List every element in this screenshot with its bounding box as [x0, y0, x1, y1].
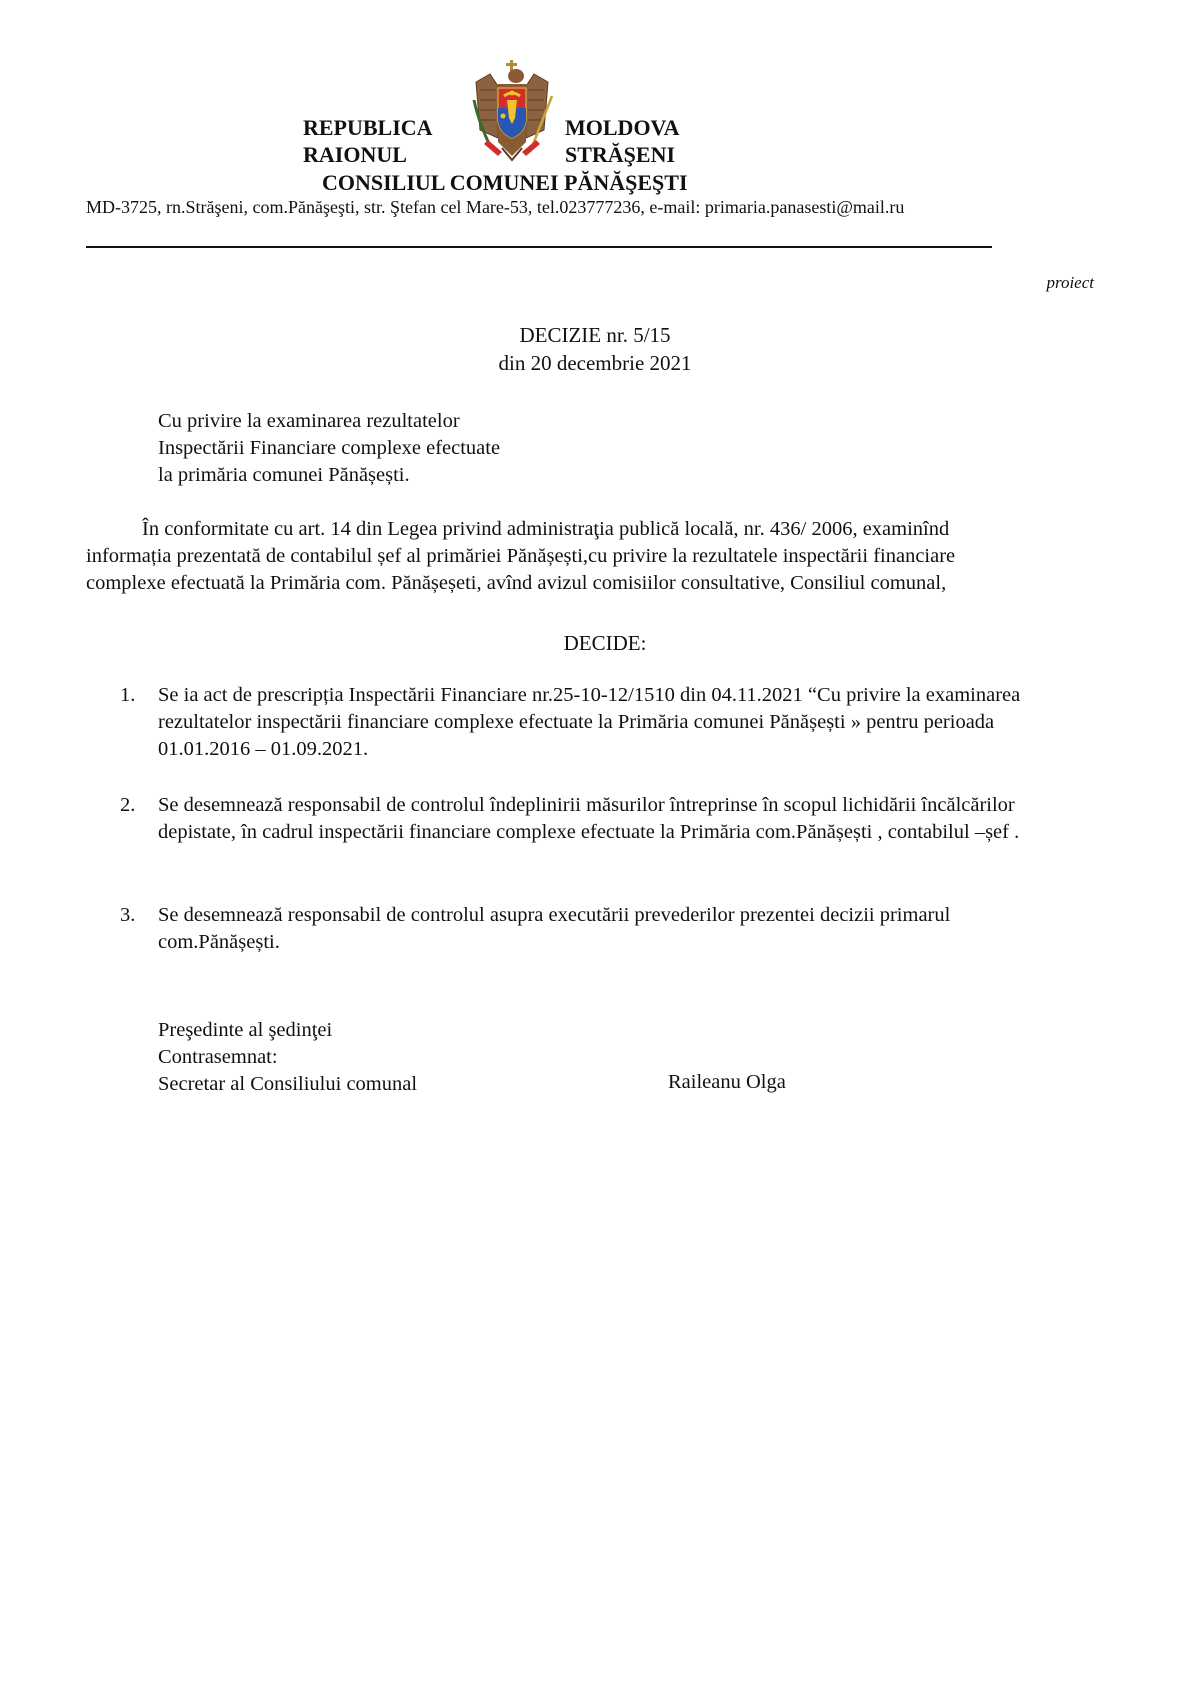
subject-line: Cu privire la examinarea rezultatelor — [158, 408, 500, 435]
subject-line: Inspectării Financiare complexe efectuat… — [158, 435, 500, 462]
item-number: 1. — [120, 682, 135, 709]
decision-item: 2. Se desemnează responsabil de controlu… — [120, 792, 1060, 846]
signature-line: Contrasemnat: — [158, 1044, 417, 1071]
signature-line: Secretar al Consiliului comunal — [158, 1071, 417, 1098]
secretary-name: Raileanu Olga — [668, 1071, 786, 1094]
header-divider — [86, 246, 992, 248]
contact-address: MD-3725, rn.Străşeni, com.Pănăşeşti, str… — [86, 197, 904, 218]
coat-of-arms-icon — [468, 60, 556, 168]
decision-title: DECIZIE nr. 5/15 — [0, 323, 1190, 348]
header-country-right: MOLDOVA — [565, 115, 680, 141]
item-text: Se desemnează responsabil de controlul î… — [158, 792, 1060, 846]
preamble-text: În conformitate cu art. 14 din Legea pri… — [86, 518, 955, 594]
header-country-left: REPUBLICA — [303, 115, 433, 141]
decision-item: 3. Se desemnează responsabil de controlu… — [120, 902, 1060, 956]
decide-heading: DECIDE: — [0, 631, 1190, 656]
decision-subject: Cu privire la examinarea rezultatelor In… — [158, 408, 500, 489]
header-council: CONSILIUL COMUNEI PĂNĂŞEŞTI — [322, 170, 688, 196]
decision-preamble: În conformitate cu art. 14 din Legea pri… — [86, 516, 1026, 597]
item-number: 3. — [120, 902, 135, 929]
item-number: 2. — [120, 792, 135, 819]
decision-date: din 20 decembrie 2021 — [0, 351, 1190, 376]
draft-status-label: proiect — [1046, 273, 1094, 293]
item-text: Se desemnează responsabil de controlul a… — [158, 902, 1060, 956]
subject-line: la primăria comunei Pănășești. — [158, 462, 500, 489]
header-district-left: RAIONUL — [303, 142, 407, 168]
header-district-right: STRĂŞENI — [565, 142, 675, 168]
item-text: Se ia act de prescripția Inspectării Fin… — [158, 682, 1060, 763]
signature-block: Preşedinte al şedinţei Contrasemnat: Sec… — [158, 1017, 417, 1098]
decision-item: 1. Se ia act de prescripția Inspectării … — [120, 682, 1060, 763]
signature-line: Preşedinte al şedinţei — [158, 1017, 417, 1044]
